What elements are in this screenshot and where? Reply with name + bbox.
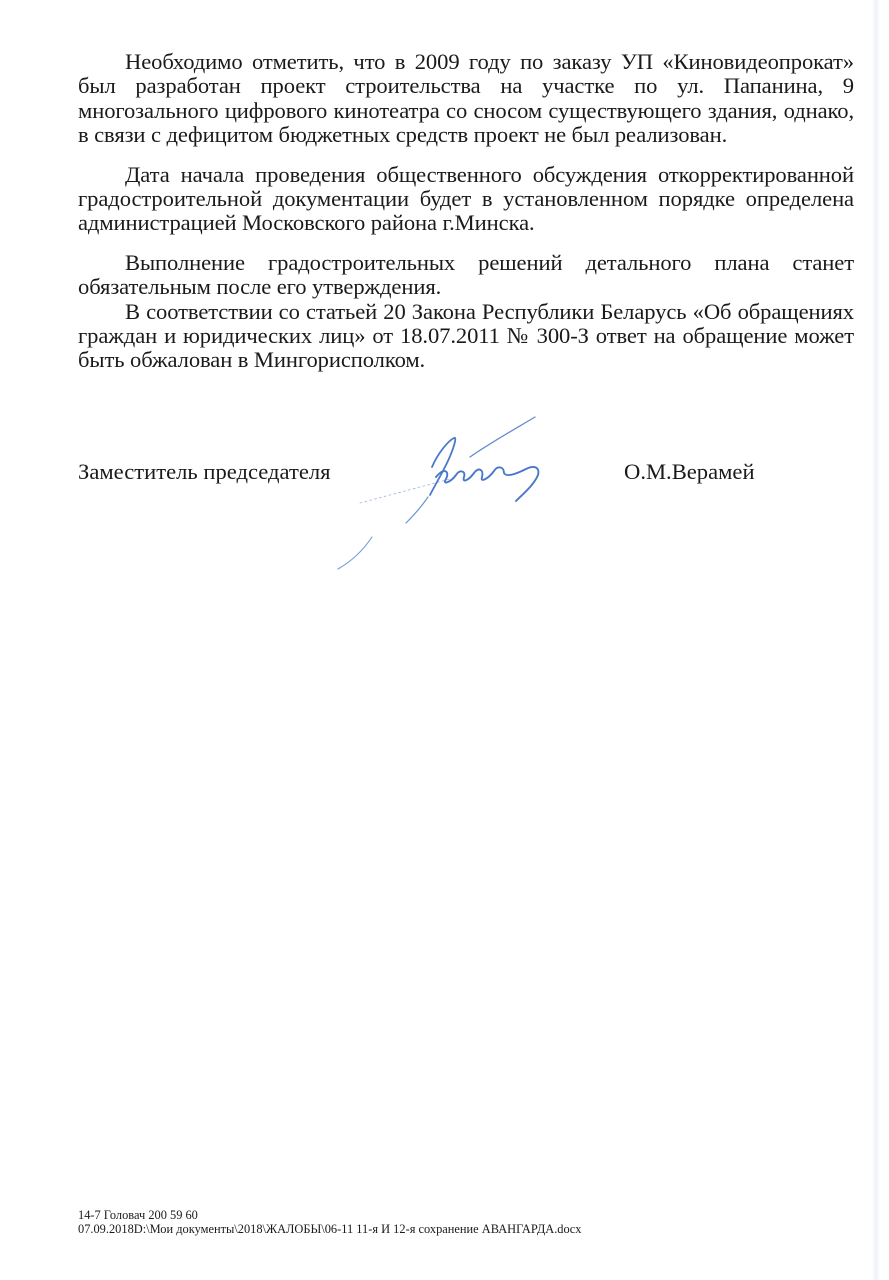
paragraph-project-history: Необходимо отметить, что в 2009 году по … [78,50,854,148]
paragraph-appeal-rights: В соответствии со статьей 20 Закона Респ… [78,300,854,373]
signer-name: О.М.Верамей [624,460,755,484]
scan-artifact-streak [872,0,880,1280]
letter-body: Необходимо отметить, что в 2009 году по … [78,50,854,373]
signer-position: Заместитель председателя [78,460,331,484]
paragraph-public-discussion: Дата начала проведения общественного обс… [78,163,854,236]
document-footer: 14-7 Головач 200 59 60 07.09.2018D:\Мои … [78,1209,581,1236]
handwritten-signature-icon [320,405,580,585]
executor-contact-line: 14-7 Головач 200 59 60 [78,1209,581,1223]
file-path-line: 07.09.2018D:\Мои документы\2018\ЖАЛОБЫ\0… [78,1223,581,1237]
paragraph-plan-approval: Выполнение градостроительных решений дет… [78,251,854,300]
